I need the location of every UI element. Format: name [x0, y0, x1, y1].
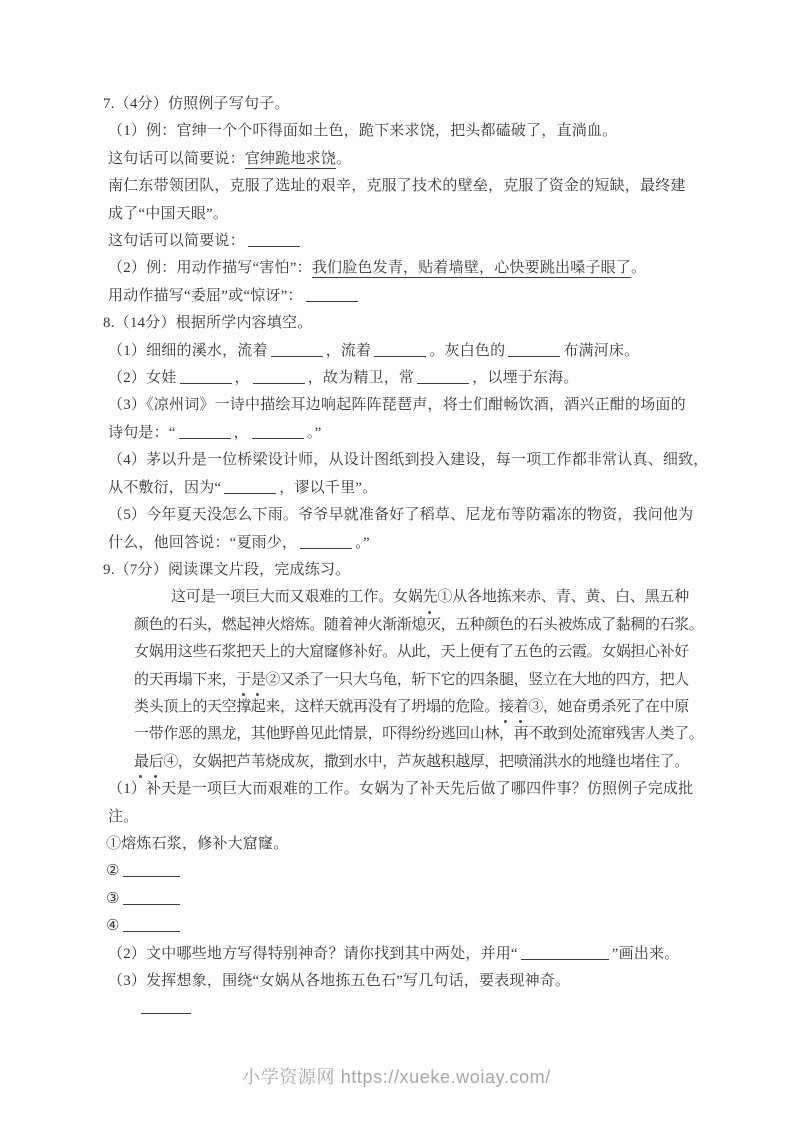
text-run: 。灰白色的	[429, 343, 505, 359]
text-run: ④	[106, 918, 120, 934]
text-run: （1）细细的溪水，流着	[108, 343, 268, 359]
q9-1-line2: 注。	[103, 804, 697, 831]
text-run: 颜色的石头，燃起神火熔炼。随着神火渐渐熄灭，五种颜色的石头被炼成了黏稠的石浆。	[134, 617, 703, 633]
emphasized-text: 是	[251, 667, 266, 694]
q7-1-stem-line1: 南仁东带领团队，克服了选址的艰辛，克服了技术的壁垒，克服了资金的短缺，最终建	[103, 173, 697, 200]
q9-passage-line6: 一带作恶的黑龙，其他野兽见此情景，吓得纷纷逃回山林，再不敢到处流窜残害人类了。	[103, 721, 697, 748]
text-run: （3）《凉州词》一诗中描绘耳边响起阵阵琵琶声，将士们酣畅饮酒，酒兴正酣的场面的	[108, 397, 686, 413]
q7-1-example-answer: 这句话可以简要说：官绅跪地求饶。	[103, 146, 697, 173]
blank-field	[248, 232, 300, 247]
q9-1-item-1: ①熔炼石浆，修补大窟窿。	[103, 831, 697, 858]
text-run: 7.（4分）仿照例子写句子。	[103, 96, 290, 112]
text-run: 。	[631, 260, 646, 276]
text-run: ，流着	[326, 343, 372, 359]
underlined-answer: 我们脸色发青，贴着墙壁，心快要跳出嗓子眼了	[312, 260, 631, 278]
blank-field	[224, 479, 276, 494]
emphasized-text: 着	[514, 694, 529, 721]
q9-passage-line2: 颜色的石头，燃起神火熔炼。随着神火渐渐熄灭，五种颜色的石头被炼成了黏稠的石浆。	[103, 612, 697, 639]
q9-1-item-3: ③	[103, 886, 697, 913]
emphasized-text: 于	[236, 667, 251, 694]
text-run: （3）发挥想象，围绕“女娲从各地拣五色石”写几句话，要表现神奇。	[108, 973, 570, 989]
blank-field	[300, 534, 352, 549]
q7-2-example: （2）例：用动作描写“害怕”：我们脸色发青，贴着墙壁，心快要跳出嗓子眼了。	[103, 255, 697, 282]
blank-field	[141, 999, 191, 1014]
text-run: ，谬以千里”。	[279, 480, 377, 496]
text-run: 。”	[355, 535, 370, 551]
blank-field	[306, 287, 358, 302]
text-run: ②又杀了一只大乌龟，斩下它的四条腿，竖立在大地的四方，把人	[265, 672, 688, 688]
blank-field	[253, 369, 305, 384]
text-run: 诗句是：“	[108, 425, 176, 441]
q8-5-line2: 什么，他回答说：“夏雨少，。”	[103, 530, 697, 557]
q9-passage-line3: 女娲用这些石浆把天上的大窟窿修补好。从此，天上便有了五色的云霞。女娲担心补好	[103, 639, 697, 666]
blank-field	[123, 917, 180, 932]
blank-field	[123, 862, 180, 877]
text-run: ①从各地拣来赤、青、黄、白、黑五种	[437, 589, 689, 605]
blank-field	[374, 342, 426, 357]
text-run: （2）女娃	[108, 370, 177, 386]
q9-1-line1: （1）补天是一项巨大而艰难的工作。女娲为了补天先后做了哪四件事？仿照例子完成批	[103, 776, 697, 803]
q8-3-line2: 诗句是：“，。”	[103, 420, 697, 447]
text-run: 。”	[307, 425, 322, 441]
text-run: （5）今年夏天没怎么下雨。爷爷早就准备好了稻草、尼龙布等防霜冻的物资，我问他为	[108, 507, 693, 523]
text-run: 一带作恶的黑龙，其他野兽见此情景，吓得纷纷逃回山林，再不敢到处流窜残害人类了。	[134, 726, 703, 742]
q9-3-answer-blank-line	[103, 995, 697, 1022]
text-run: ②	[106, 863, 120, 879]
blank-field	[508, 342, 560, 357]
text-run: ，	[235, 370, 250, 386]
text-run: 从不敷衍，因为“	[108, 480, 221, 496]
text-run: ③，她奋勇杀死了在中原	[528, 699, 689, 715]
text-run: 的天再塌下来，	[134, 672, 236, 688]
q9-2: （2）文中哪些地方写得特别神奇？请你找到其中两处，并用“”画出来。	[103, 941, 697, 968]
text-run: 南仁东带领团队，克服了选址的艰辛，克服了技术的壁垒，克服了资金的短缺，最终建	[108, 178, 686, 194]
q9-passage-line1: 这可是一项巨大而又艰难的工作。女娲先①从各地拣来赤、青、黄、白、黑五种	[103, 584, 697, 611]
text-run: （2）文中哪些地方写得特别神奇？请你找到其中两处，并用“	[108, 946, 518, 962]
blank-field	[179, 424, 231, 439]
q9-3: （3）发挥想象，围绕“女娲从各地拣五色石”写几句话，要表现神奇。	[103, 968, 697, 995]
text-run: 注。	[108, 809, 138, 825]
underlined-answer: 官绅跪地求饶	[245, 151, 336, 169]
text-run: ”画出来。	[612, 946, 680, 962]
blank-field	[123, 890, 180, 905]
q8-2: （2）女娃，，故为精卫，常，以堙于东海。	[103, 365, 697, 392]
text-run: （2）例：用动作描写“害怕”：	[108, 260, 312, 276]
exam-questions-block: 7.（4分）仿照例子写句子。（1）例：官绅一个个吓得面如土色，跪下来求饶，把头都…	[103, 91, 697, 1023]
text-run: （4）茅以升是一位桥梁设计师，从设计图纸到投入建设，每一项工作都非常认真、细致，	[108, 452, 709, 468]
footer-site-name: 小学资源网	[242, 1067, 335, 1087]
text-run: ③	[106, 891, 120, 907]
text-run: 布满河床。	[563, 343, 639, 359]
blank-field	[271, 342, 323, 357]
q7-1-answer-line: 这句话可以简要说：	[103, 228, 697, 255]
text-run: ，故为精卫，常	[308, 370, 414, 386]
blank-field	[521, 945, 609, 960]
q9-1-item-4: ④	[103, 913, 697, 940]
text-run: （1）补天是一项巨大而艰难的工作。女娲为了补天先后做了哪四件事？仿照例子完成批	[108, 781, 693, 797]
q9-passage-line7: 最后④，女娲把芦苇烧成灰，撒到水中，芦灰越积越厚，把喷涌洪水的地缝也堵住了。	[103, 749, 697, 776]
q7-header: 7.（4分）仿照例子写句子。	[103, 91, 697, 118]
blank-field	[252, 424, 304, 439]
text-run: ，以堙于东海。	[472, 370, 578, 386]
text-run: 9.（7分）阅读课文片段，完成练习。	[103, 562, 350, 578]
q7-1-example: （1）例：官绅一个个吓得面如土色，跪下来求饶，把头都磕破了，直淌血。	[103, 118, 697, 145]
text-run: 什么，他回答说：“夏雨少，	[108, 535, 297, 551]
text-run: ①熔炼石浆，修补大窟窿。	[106, 836, 288, 852]
emphasized-text: 最	[134, 749, 149, 776]
emphasized-text: 后	[149, 749, 164, 776]
q8-4-line1: （4）茅以升是一位桥梁设计师，从设计图纸到投入建设，每一项工作都非常认真、细致，	[103, 447, 697, 474]
text-run: 这句话可以简要说：	[108, 233, 245, 249]
text-run: 类头顶上的天空撑起来，这样天就再没有了坍塌的危险。	[134, 699, 499, 715]
q8-5-line1: （5）今年夏天没怎么下雨。爷爷早就准备好了稻草、尼龙布等防霜冻的物资，我问他为	[103, 502, 697, 529]
text-run: 这可是一项巨大而又艰难的工作。女娲	[171, 589, 423, 605]
text-run: 用动作描写“委屈”或“惊讶”：	[108, 288, 303, 304]
footer-url: https://xueke.woiay.com/	[341, 1067, 551, 1087]
q9-1-item-2: ②	[103, 858, 697, 885]
text-run: 。	[336, 151, 351, 167]
q8-4-line2: 从不敷衍，因为“，谬以千里”。	[103, 475, 697, 502]
q8-3-line1: （3）《凉州词》一诗中描绘耳边响起阵阵琵琶声，将士们酣畅饮酒，酒兴正酣的场面的	[103, 392, 697, 419]
footer: 小学资源网 https://xueke.woiay.com/	[0, 1063, 793, 1089]
q9-passage-line5: 类头顶上的天空撑起来，这样天就再没有了坍塌的危险。接着③，她奋勇杀死了在中原	[103, 694, 697, 721]
text-run: 成了“中国天眼”。	[108, 206, 228, 222]
exam-paper-page: 7.（4分）仿照例子写句子。（1）例：官绅一个个吓得面如土色，跪下来求饶，把头都…	[0, 0, 793, 1122]
blank-field	[417, 369, 469, 384]
text-run: ，	[234, 425, 249, 441]
q8-1: （1）细细的溪水，流着，流着。灰白色的布满河床。	[103, 338, 697, 365]
text-run: ④，女娲把芦苇烧成灰，撒到水中，芦灰越积越厚，把喷涌洪水的地缝也堵住了。	[163, 754, 689, 770]
q7-2-prompt: 用动作描写“委屈”或“惊讶”：	[103, 283, 697, 310]
q8-header: 8.（14分）根据所学内容填空。	[103, 310, 697, 337]
text-run: 女娲用这些石浆把天上的大窟窿修补好。从此，天上便有了五色的云霞。女娲担心补好	[134, 644, 689, 660]
text-run: 这句话可以简要说：	[108, 151, 245, 167]
q9-passage-line4: 的天再塌下来，于是②又杀了一只大乌龟，斩下它的四条腿，竖立在大地的四方，把人	[103, 667, 697, 694]
q9-header: 9.（7分）阅读课文片段，完成练习。	[103, 557, 697, 584]
q7-1-stem-line2: 成了“中国天眼”。	[103, 201, 697, 228]
text-run: （1）例：官绅一个个吓得面如土色，跪下来求饶，把头都磕破了，直淌血。	[108, 123, 617, 139]
emphasized-text: 接	[499, 694, 514, 721]
text-run: 8.（14分）根据所学内容填空。	[103, 315, 312, 331]
emphasized-text: 先	[423, 584, 438, 611]
blank-field	[180, 369, 232, 384]
